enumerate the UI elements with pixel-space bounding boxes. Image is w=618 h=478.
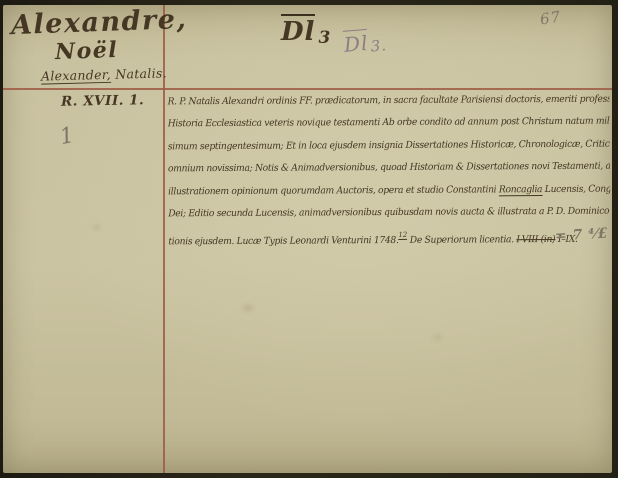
entry-line-7: tionis ejusdem. Lucæ Typis Leonardi Vent… <box>168 223 597 248</box>
authority-rest: Natalis. <box>111 65 167 81</box>
volumes-struck: I-VIII (in) <box>516 234 555 245</box>
heading-forename: Noël <box>55 37 119 65</box>
format-superscript: 12 <box>398 231 407 240</box>
paper-stain <box>93 225 100 230</box>
classmark-ink: Dl3 <box>281 17 331 48</box>
roncaglia-underlined: Roncaglia <box>499 184 542 196</box>
entry-line-6: Dei; Editio secunda Lucensis, animadvers… <box>168 201 597 226</box>
classmark-pencil-number: 3. <box>368 36 388 56</box>
paper-stain <box>433 335 442 340</box>
entry-line-7-mid: De Superiorum licentia. <box>407 235 516 247</box>
paper-stain <box>243 305 253 311</box>
entry-line-5: illustrationem opinionum quorumdam Aucto… <box>168 178 597 203</box>
catalog-card: Alexandre, Noël Alexander, Natalis. Dl3 … <box>3 5 612 473</box>
entry-line-1: R. P. Natalis Alexandri ordinis FF. præd… <box>168 89 597 114</box>
shelfmark: R. XVII. 1. <box>61 92 144 109</box>
classmark-ink-letters: Dl <box>281 14 315 47</box>
entry-line-3: simum septingentesimum; Et in loca ejusd… <box>168 134 597 159</box>
authority-name: Alexander, Natalis. <box>41 65 167 83</box>
entry-line-5-text: illustrationem opinionum quorumdam Aucto… <box>168 184 499 197</box>
copy-number-pencil: 1 <box>58 123 77 150</box>
entry-line-7-text: tionis ejusdem. Lucæ Typis Leonardi Vent… <box>168 235 398 247</box>
authority-underlined-part: Alexander, <box>41 67 111 85</box>
entry-line-6-text: Dei; Editio secunda Lucensis, animadvers… <box>168 206 610 220</box>
classmark-ink-number: 3 <box>315 28 331 48</box>
entry-line-2: Historia Ecclesiastica veteris novique t… <box>168 111 597 136</box>
corner-number-pencil: 67 <box>539 7 563 28</box>
entry-paragraph: R. P. Natalis Alexandri ordinis FF. præd… <box>168 89 611 257</box>
entry-line-4: omnium novissima; Notis & Animadversioni… <box>168 156 597 181</box>
price-note-pencil: = 7 ⁴⁄£ <box>555 226 609 245</box>
classmark-pencil-letters: Dl <box>343 29 370 57</box>
classmark-pencil: Dl3. <box>343 29 388 58</box>
heading-surname: Alexandre, <box>11 4 188 41</box>
entry-line-5-rest: Lucensis, Congregationis Matris <box>542 183 610 195</box>
